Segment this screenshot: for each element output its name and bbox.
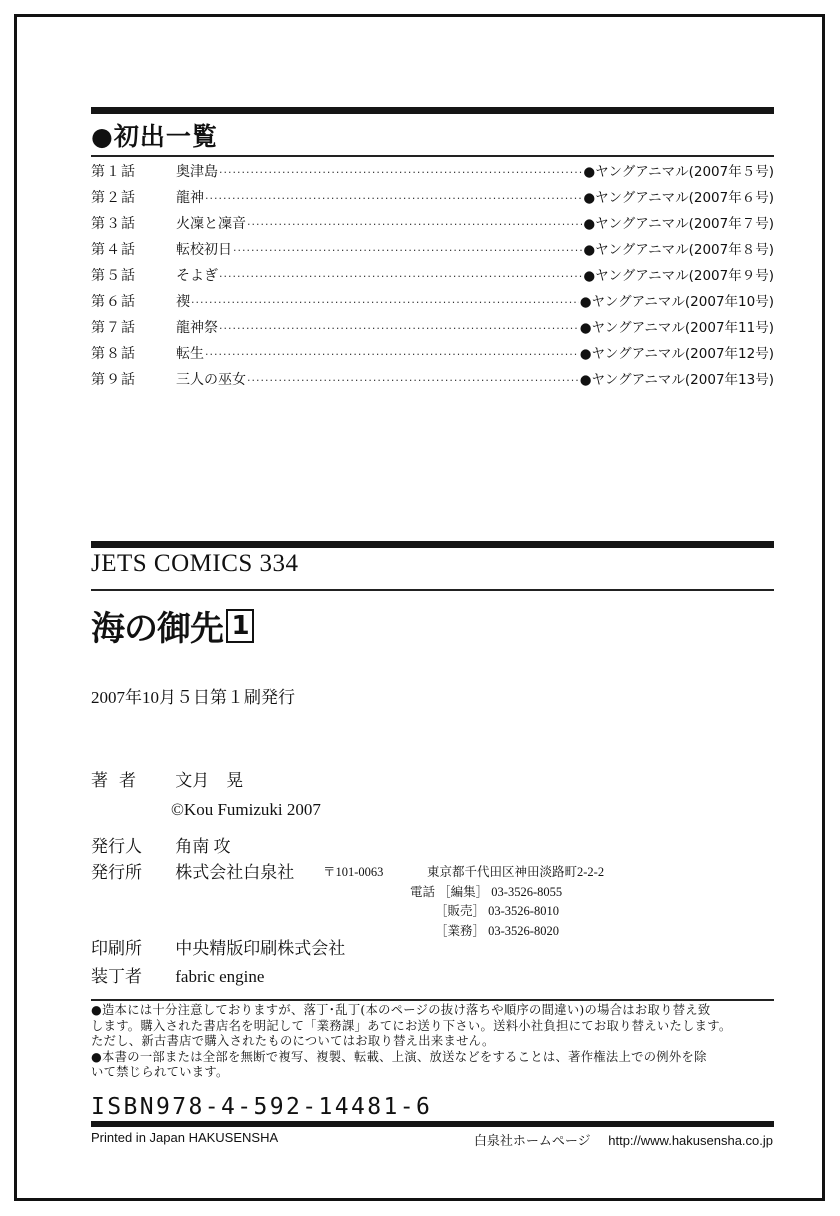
printer-label: 印刷所 — [91, 934, 171, 959]
top-thick-rule — [91, 107, 774, 114]
series-underline — [91, 589, 774, 591]
series-label: JETS COMICS 334 — [91, 550, 299, 578]
phone-dept: ［業務］ — [435, 924, 485, 938]
copyright-row: ©Kou Fumizuki 2007 — [171, 800, 321, 820]
leader-dots — [219, 322, 579, 335]
chapter-number: 第２話 — [91, 187, 176, 207]
phone-row-sales: ［販売］ 03-3526-8010 — [435, 901, 559, 919]
chapter-number: 第１話 — [91, 161, 176, 181]
designer-name: fabric engine — [175, 967, 264, 986]
designer-row: 装丁者 fabric engine — [91, 962, 264, 987]
chapter-number: 第６話 — [91, 291, 176, 311]
chapter-row: 第３話 火凜と凜音 ●ヤングアニマル(2007年７号) — [91, 212, 774, 238]
issue-date: 2007年10月５日第１刷発行 — [91, 683, 295, 708]
chapter-number: 第７話 — [91, 317, 176, 337]
chapter-list: 第１話 奥津島 ●ヤングアニマル(2007年５号) 第２話 龍神 ●ヤングアニマ… — [91, 160, 774, 394]
chapter-source: ●ヤングアニマル(2007年７号) — [583, 212, 774, 232]
designer-label: 装丁者 — [91, 962, 171, 987]
notice-line: ●造本には十分注意しておりますが、落丁･乱丁(本のページの抜け落ちや順序の間違い… — [91, 1003, 781, 1019]
chapter-row: 第６話 禊 ●ヤングアニマル(2007年10号) — [91, 290, 774, 316]
phone-dept: ［販売］ — [435, 904, 485, 918]
publisher-name: 株式会社白泉社 — [175, 863, 294, 882]
colophon-thick-rule — [91, 541, 774, 548]
notice-line: いて禁じられています。 — [91, 1065, 781, 1081]
notice-line: ●本書の一部または全部を無断で複写、複製、転載、上演、放送などをすることは、著作… — [91, 1050, 781, 1066]
homepage-line: 白泉社ホームページ http://www.hakusensha.co.jp — [474, 1130, 773, 1149]
chapter-number: 第３話 — [91, 213, 176, 233]
isbn-thick-rule — [91, 1121, 774, 1127]
chapter-title: 火凜と凜音 — [176, 213, 246, 233]
phone-number: 03-3526-8020 — [488, 924, 559, 938]
postal-code: 〒101-0063 — [323, 862, 383, 880]
printer-row: 印刷所 中央精版印刷株式会社 — [91, 934, 345, 959]
chapter-title: 禊 — [176, 291, 190, 311]
notice-block: ●造本には十分注意しておりますが、落丁･乱丁(本のページの抜け落ちや順序の間違い… — [91, 1003, 781, 1081]
leader-dots — [233, 244, 582, 257]
phone-row-edit: 電話 ［編集］ 03-3526-8055 — [410, 882, 562, 900]
chapter-number: 第５話 — [91, 265, 176, 285]
phone-dept: ［編集］ — [438, 885, 488, 899]
printed-in: Printed in Japan HAKUSENSHA — [91, 1130, 278, 1145]
publisher-row: 発行所 株式会社白泉社 — [91, 858, 294, 883]
chapter-source: ●ヤングアニマル(2007年９号) — [583, 264, 774, 284]
notice-line: します。購入された書店名を明記して「業務課」あてにお送り下さい。送料小社負担にて… — [91, 1019, 781, 1035]
chapter-row: 第９話 三人の巫女 ●ヤングアニマル(2007年13号) — [91, 368, 774, 394]
notice-line: ただし、新古書店で購入されたものについてはお取り替え出来ません。 — [91, 1034, 781, 1050]
publisher-label: 発行所 — [91, 858, 171, 883]
book-title: 海の御先 — [91, 601, 223, 650]
chapter-title: 龍神祭 — [176, 317, 218, 337]
phone-number: 03-3526-8055 — [491, 885, 562, 899]
chapter-title: そよぎ — [176, 265, 218, 285]
printer-name: 中央精版印刷株式会社 — [175, 939, 345, 958]
chapter-row: 第１話 奥津島 ●ヤングアニマル(2007年５号) — [91, 160, 774, 186]
chapter-source: ●ヤングアニマル(2007年11号) — [580, 316, 774, 336]
chapter-number: 第４話 — [91, 239, 176, 259]
chapter-row: 第４話 転校初日 ●ヤングアニマル(2007年８号) — [91, 238, 774, 264]
author-label: 著者 — [91, 766, 171, 791]
chapter-row: 第５話 そよぎ ●ヤングアニマル(2007年９号) — [91, 264, 774, 290]
leader-dots — [205, 192, 582, 205]
copyright: ©Kou Fumizuki 2007 — [171, 800, 321, 819]
heading-underline — [91, 155, 774, 157]
chapter-source: ●ヤングアニマル(2007年13号) — [580, 368, 774, 388]
phone-row-business: ［業務］ 03-3526-8020 — [435, 921, 559, 939]
homepage-label: 白泉社ホームページ — [474, 1133, 591, 1148]
leader-dots — [219, 166, 582, 179]
phone-label: 電話 — [410, 885, 435, 899]
publisher-person-label: 発行人 — [91, 832, 171, 857]
publisher-person: 角南 攻 — [175, 837, 230, 856]
chapter-title: 龍神 — [176, 187, 204, 207]
chapter-row: 第２話 龍神 ●ヤングアニマル(2007年６号) — [91, 186, 774, 212]
leader-dots — [219, 270, 582, 283]
volume-number: 1 — [226, 609, 254, 643]
publisher-person-row: 発行人 角南 攻 — [91, 832, 231, 857]
first-appearance-heading: ●初出一覧 — [91, 117, 218, 153]
isbn: ISBN978-4-592-14481-6 — [91, 1094, 432, 1120]
homepage-url[interactable]: http://www.hakusensha.co.jp — [608, 1133, 773, 1148]
chapter-row: 第８話 転生 ●ヤングアニマル(2007年12号) — [91, 342, 774, 368]
chapter-title: 転校初日 — [176, 239, 232, 259]
chapter-source: ●ヤングアニマル(2007年12号) — [580, 342, 774, 362]
chapter-title: 奥津島 — [176, 161, 218, 181]
chapter-source: ●ヤングアニマル(2007年10号) — [580, 290, 774, 310]
leader-dots — [247, 374, 579, 387]
chapter-number: 第９話 — [91, 369, 176, 389]
chapter-source: ●ヤングアニマル(2007年５号) — [583, 160, 774, 180]
chapter-number: 第８話 — [91, 343, 176, 363]
phone-number: 03-3526-8010 — [488, 904, 559, 918]
notice-rule — [91, 999, 774, 1001]
chapter-source: ●ヤングアニマル(2007年６号) — [583, 186, 774, 206]
address: 東京都千代田区神田淡路町2-2-2 — [427, 862, 604, 880]
chapter-source: ●ヤングアニマル(2007年８号) — [583, 238, 774, 258]
author-row: 著者 文月 晃 — [91, 766, 243, 791]
chapter-title: 転生 — [176, 343, 204, 363]
chapter-row: 第７話 龍神祭 ●ヤングアニマル(2007年11号) — [91, 316, 774, 342]
leader-dots — [191, 296, 579, 309]
book-title-line: 海の御先 1 — [91, 601, 254, 650]
author-name: 文月 晃 — [175, 771, 243, 790]
leader-dots — [247, 218, 582, 231]
leader-dots — [205, 348, 579, 361]
chapter-title: 三人の巫女 — [176, 369, 246, 389]
